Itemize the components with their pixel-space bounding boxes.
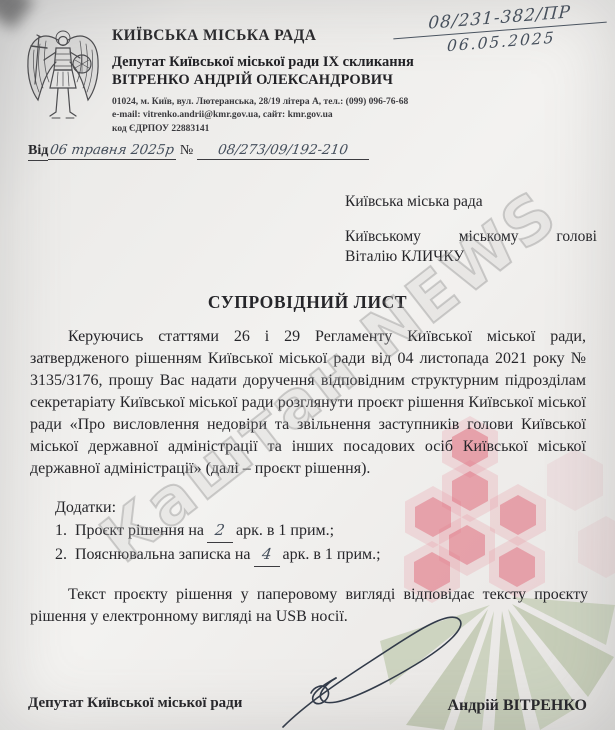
deputy-full-name: ВІТРЕНКО АНДРІЙ ОЛЕКСАНДРОВИЧ (112, 72, 442, 89)
attachment-2-page-count: 4 (260, 543, 273, 566)
attachments-label: Додатки: (55, 496, 381, 519)
outgoing-date: 06 травня 2025р (49, 142, 175, 158)
letterhead-address: 01024, м. Київ, вул. Лютеранська, 28/19 … (112, 96, 442, 109)
kyiv-archangel-emblem-icon (22, 26, 104, 128)
hexagon-watermark-icon (578, 516, 615, 578)
letterhead-edrpou: код ЄДРПОУ 22883141 (112, 123, 442, 136)
attachment-1-page-count: 2 (214, 519, 227, 542)
letterhead: КИЇВСЬКА МІСЬКА РАДА Депутат Київської м… (112, 27, 442, 136)
body-paragraph-1: Керуючись статтями 26 і 29 Регламенту Ки… (30, 326, 586, 480)
reference-line: Від06 травня 2025р № 08/273/09/192-210 (28, 142, 369, 160)
signer-title: Депутат Київської міської ради (28, 695, 242, 712)
recipient-name: Віталію КЛИЧКУ (345, 248, 597, 266)
attachment-item-1: 1.Проєкт рішення на2арк. в 1 прим.; (55, 519, 381, 543)
from-label: Від (28, 143, 48, 161)
registration-stamp: 08/231-382/ПР 06.05.2025 (392, 0, 609, 60)
scanned-letter-page: КИЇВСЬКА МІСЬКА РАДА Депутат Київської м… (0, 0, 615, 730)
attachment-item-2: 2.Пояснювальна записка на4арк. в 1 прим.… (55, 543, 381, 567)
recipient-title-line: Київському міському голові (345, 228, 597, 246)
handwritten-signature (275, 595, 475, 730)
number-sign-label: № (180, 143, 193, 158)
deputy-line: Депутат Київської міської ради IX склика… (112, 54, 442, 71)
recipient-org: Київська міська рада (345, 193, 597, 211)
outgoing-number: 08/273/09/192-210 (217, 142, 349, 158)
recipient-block: Київська міська рада Київському міському… (345, 193, 597, 266)
letterhead-email: e-mail: vitrenko.andrii@kmr.gov.ua, сайт… (112, 109, 442, 122)
document-title: СУПРОВІДНИЙ ЛИСТ (0, 292, 615, 313)
attachments-section: Додатки: 1.Проєкт рішення на2арк. в 1 пр… (55, 496, 381, 567)
